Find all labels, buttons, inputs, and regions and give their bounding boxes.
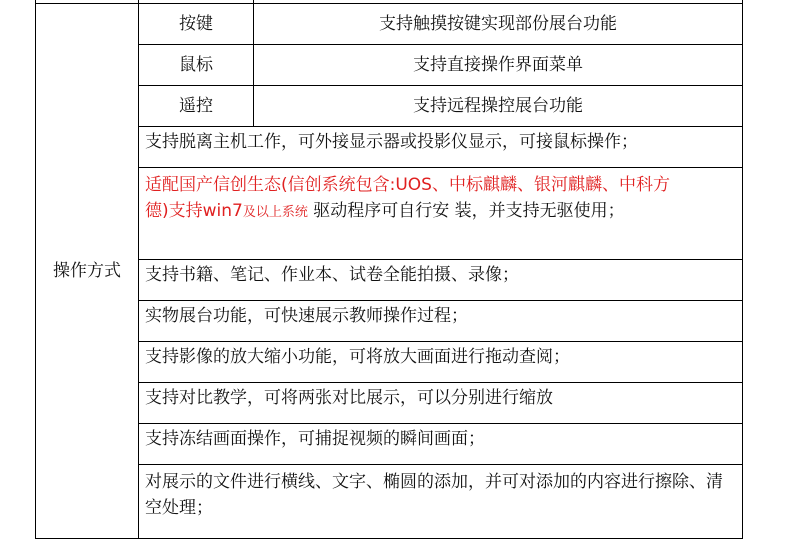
- feature-visualizer: 实物展台功能，可快速展示教师操作过程；: [139, 301, 742, 341]
- feature-zoom: 支持影像的放大缩小功能，可将放大画面进行拖动查阅；: [139, 342, 742, 382]
- feature-compare: 支持对比教学，可将两张对比展示，可以分别进行缩放: [139, 383, 742, 423]
- row-line: [35, 538, 743, 539]
- feature-standalone: 支持脱离主机工作，可外接显示器或投影仪显示，可接鼠标操作；: [139, 127, 742, 167]
- category-cell: 操作方式: [36, 4, 138, 538]
- xinchuang-small: 及以上系统: [243, 205, 308, 220]
- feature-annotate: 对展示的文件进行横线、文字、椭圆的添加，并可对添加的内容进行擦除、清空处理；: [139, 465, 739, 538]
- xinchuang-line2: 德)支持win7: [145, 201, 243, 221]
- method-key: 按键: [139, 4, 253, 44]
- feature-xinchuang: 适配国产信创生态(信创系统包含:UOS、中标麒麟、银河麒麟、中科方 德)支持wi…: [139, 168, 742, 259]
- feature-freeze: 支持冻结画面操作，可捕捉视频的瞬间画面；: [139, 424, 742, 464]
- xinchuang-line1: 适配国产信创生态(信创系统包含:UOS、中标麒麟、银河麒麟、中科方: [145, 175, 670, 195]
- method-key-desc: 支持触摸按键实现部份展台功能: [254, 4, 742, 44]
- method-remote: 遥控: [139, 86, 253, 126]
- method-mouse: 鼠标: [139, 45, 253, 85]
- feature-capture: 支持书籍、笔记、作业本、试卷全能拍摄、录像；: [139, 260, 742, 300]
- xinchuang-tail: 驱动程序可自行安 装，并支持无驱使用；: [308, 201, 625, 221]
- method-mouse-desc: 支持直接操作界面菜单: [254, 45, 742, 85]
- method-remote-desc: 支持远程操控展台功能: [254, 86, 742, 126]
- border-right: [742, 0, 743, 539]
